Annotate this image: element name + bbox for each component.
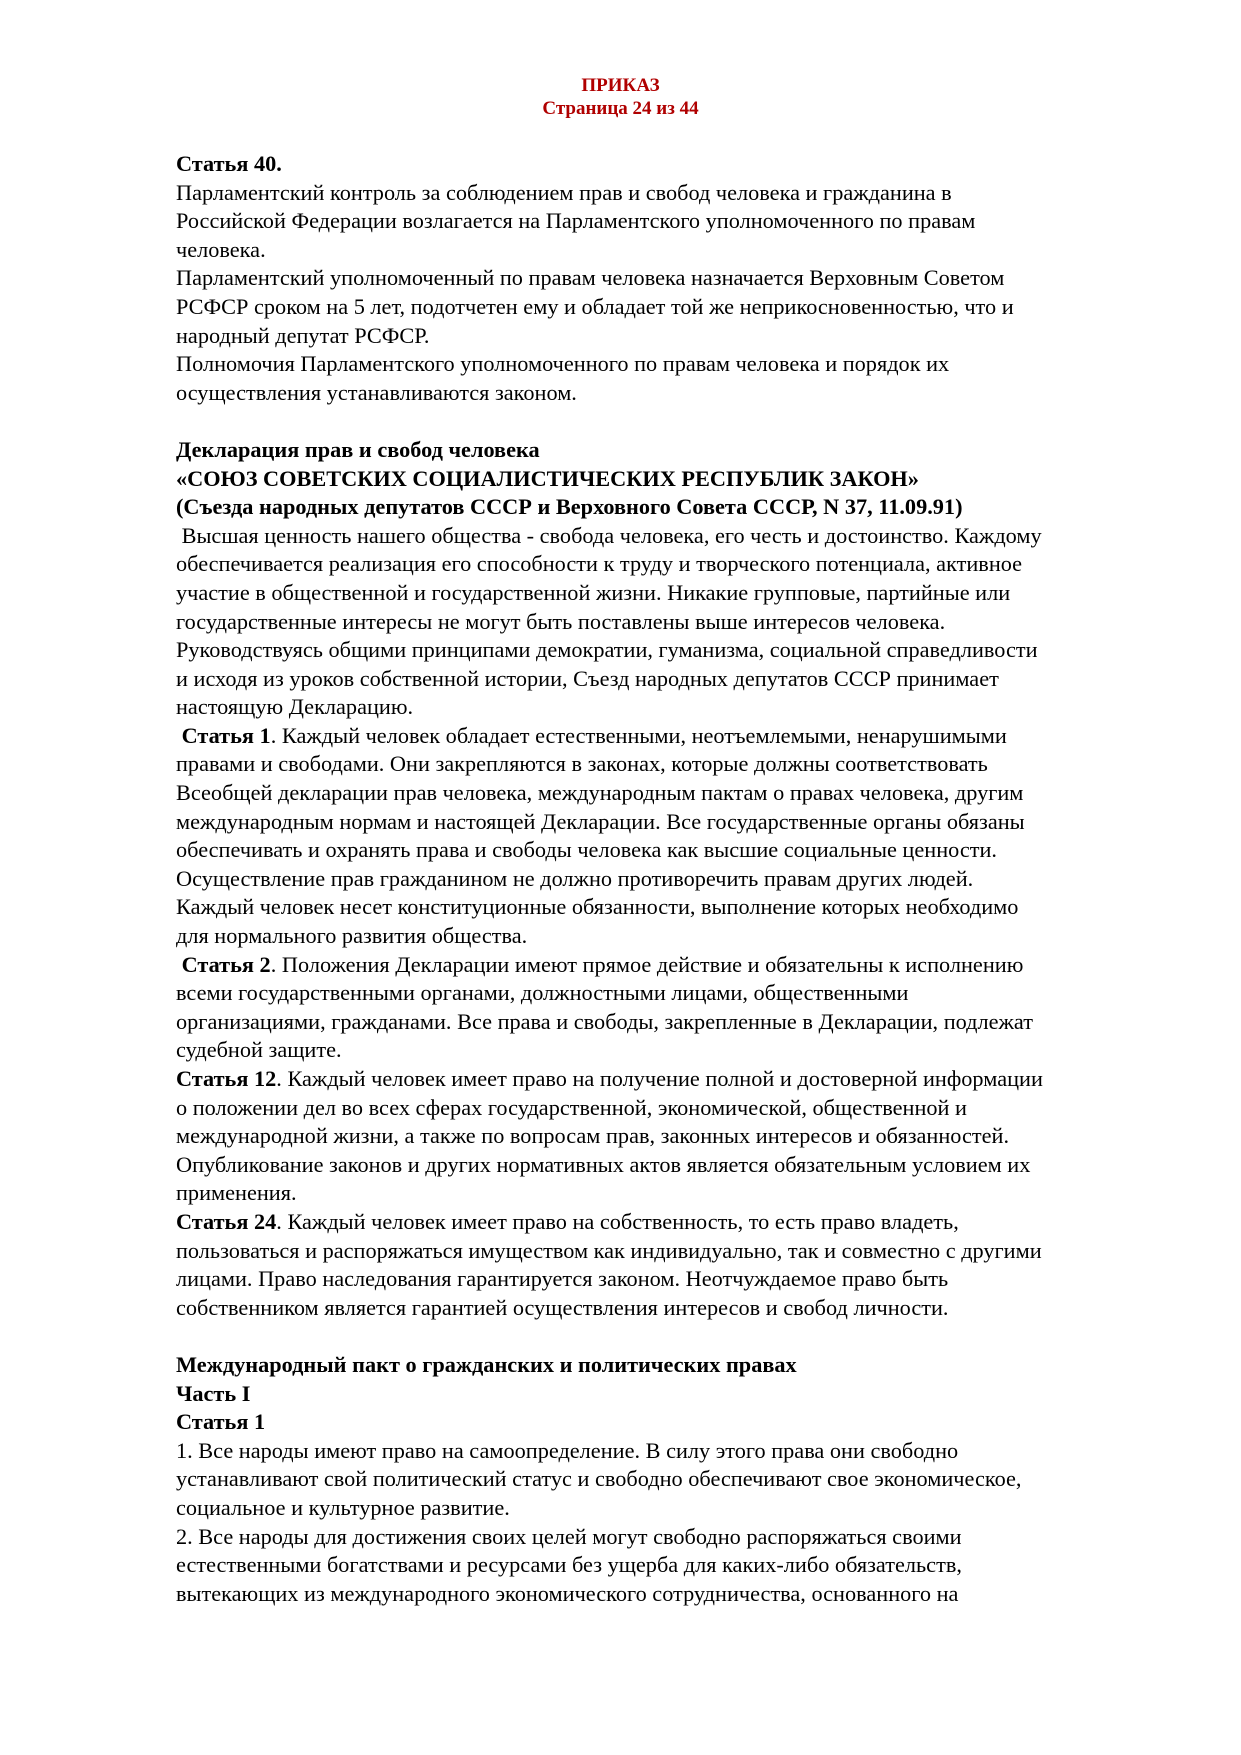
spacer bbox=[176, 407, 1166, 436]
covenant-section: Международный пакт о гражданских и полит… bbox=[176, 1351, 1166, 1608]
article-label: Статья 12 bbox=[176, 1066, 276, 1091]
article-heading: Статья 40. bbox=[176, 150, 1166, 179]
text-line: вытекающих из международного экономическ… bbox=[176, 1580, 1166, 1609]
text-line: пользоваться и распоряжаться имуществом … bbox=[176, 1237, 1166, 1266]
spacer bbox=[176, 1322, 1166, 1351]
article-label: Статья 24 bbox=[176, 1209, 276, 1234]
declaration-section: Декларация прав и свобод человека «СОЮЗ … bbox=[176, 436, 1166, 1322]
page-indicator: Страница 24 из 44 bbox=[0, 97, 1241, 120]
preamble-line: государственные интересы не могут быть п… bbox=[176, 608, 1166, 637]
article-12-first-line: Статья 12. Каждый человек имеет право на… bbox=[176, 1065, 1166, 1094]
text-line: собственником является гарантией осущест… bbox=[176, 1294, 1166, 1323]
article-1-first-line: Статья 1. Каждый человек обладает естест… bbox=[176, 722, 1166, 751]
page-header: ПРИКАЗ Страница 24 из 44 bbox=[0, 74, 1241, 120]
section-heading: Декларация прав и свобод человека bbox=[176, 436, 1166, 465]
article-heading: Статья 1 bbox=[176, 1408, 1166, 1437]
preamble-line: обеспечивается реализация его способност… bbox=[176, 550, 1166, 579]
article-24-first-line: Статья 24. Каждый человек имеет право на… bbox=[176, 1208, 1166, 1237]
preamble-line: Руководствуясь общими принципами демокра… bbox=[176, 636, 1166, 665]
text-line: правами и свободами. Они закрепляются в … bbox=[176, 750, 1166, 779]
text-line: 2. Все народы для достижения своих целей… bbox=[176, 1523, 1166, 1552]
text-line: применения. bbox=[176, 1179, 1166, 1208]
text-line: лицами. Право наследования гарантируется… bbox=[176, 1265, 1166, 1294]
text-line: международным нормам и настоящей Деклара… bbox=[176, 808, 1166, 837]
text-line: народный депутат РСФСР. bbox=[176, 322, 1166, 351]
article-label: Статья 1 bbox=[176, 723, 271, 748]
text-line: Полномочия Парламентского уполномоченног… bbox=[176, 350, 1166, 379]
section-heading: «СОЮЗ СОВЕТСКИХ СОЦИАЛИСТИЧЕСКИХ РЕСПУБЛ… bbox=[176, 465, 1166, 494]
text-line: естественными богатствами и ресурсами бе… bbox=[176, 1551, 1166, 1580]
article-40-section: Статья 40. Парламентский контроль за соб… bbox=[176, 150, 1166, 407]
text-line: о положении дел во всех сферах государст… bbox=[176, 1094, 1166, 1123]
text-line: осуществления устанавливаются законом. bbox=[176, 379, 1166, 408]
text-line: международной жизни, а также по вопросам… bbox=[176, 1122, 1166, 1151]
text-line: Осуществление прав гражданином не должно… bbox=[176, 865, 1166, 894]
text-line: Парламентский уполномоченный по правам ч… bbox=[176, 264, 1166, 293]
preamble-line: Высшая ценность нашего общества - свобод… bbox=[176, 522, 1166, 551]
text-line: Опубликование законов и других нормативн… bbox=[176, 1151, 1166, 1180]
part-heading: Часть I bbox=[176, 1380, 1166, 1409]
text-line: социальное и культурное развитие. bbox=[176, 1494, 1166, 1523]
text-line: 1. Все народы имеют право на самоопредел… bbox=[176, 1437, 1166, 1466]
text-line: судебной защите. bbox=[176, 1036, 1166, 1065]
text-line: РСФСР сроком на 5 лет, подотчетен ему и … bbox=[176, 293, 1166, 322]
preamble-line: и исходя из уроков собственной истории, … bbox=[176, 665, 1166, 694]
preamble-line: участие в общественной и государственной… bbox=[176, 579, 1166, 608]
text-line: всеми государственными органами, должнос… bbox=[176, 979, 1166, 1008]
article-2-first-line: Статья 2. Положения Декларации имеют пря… bbox=[176, 951, 1166, 980]
text-line: Российской Федерации возлагается на Парл… bbox=[176, 207, 1166, 236]
text-line: Парламентский контроль за соблюдением пр… bbox=[176, 179, 1166, 208]
document-body: Статья 40. Парламентский контроль за соб… bbox=[176, 150, 1166, 1608]
document-title: ПРИКАЗ bbox=[0, 74, 1241, 97]
text-line: устанавливают свой политический статус и… bbox=[176, 1465, 1166, 1494]
text-line: обеспечивать и охранять права и свободы … bbox=[176, 836, 1166, 865]
section-heading: Международный пакт о гражданских и полит… bbox=[176, 1351, 1166, 1380]
text-line: человека. bbox=[176, 236, 1166, 265]
text-line: Всеобщей декларации прав человека, между… bbox=[176, 779, 1166, 808]
text-line: для нормального развития общества. bbox=[176, 922, 1166, 951]
text-line: организациями, гражданами. Все права и с… bbox=[176, 1008, 1166, 1037]
article-label: Статья 2 bbox=[176, 952, 271, 977]
section-heading: (Съезда народных депутатов СССР и Верхов… bbox=[176, 493, 1166, 522]
preamble-line: настоящую Декларацию. bbox=[176, 693, 1166, 722]
text-line: Каждый человек несет конституционные обя… bbox=[176, 893, 1166, 922]
